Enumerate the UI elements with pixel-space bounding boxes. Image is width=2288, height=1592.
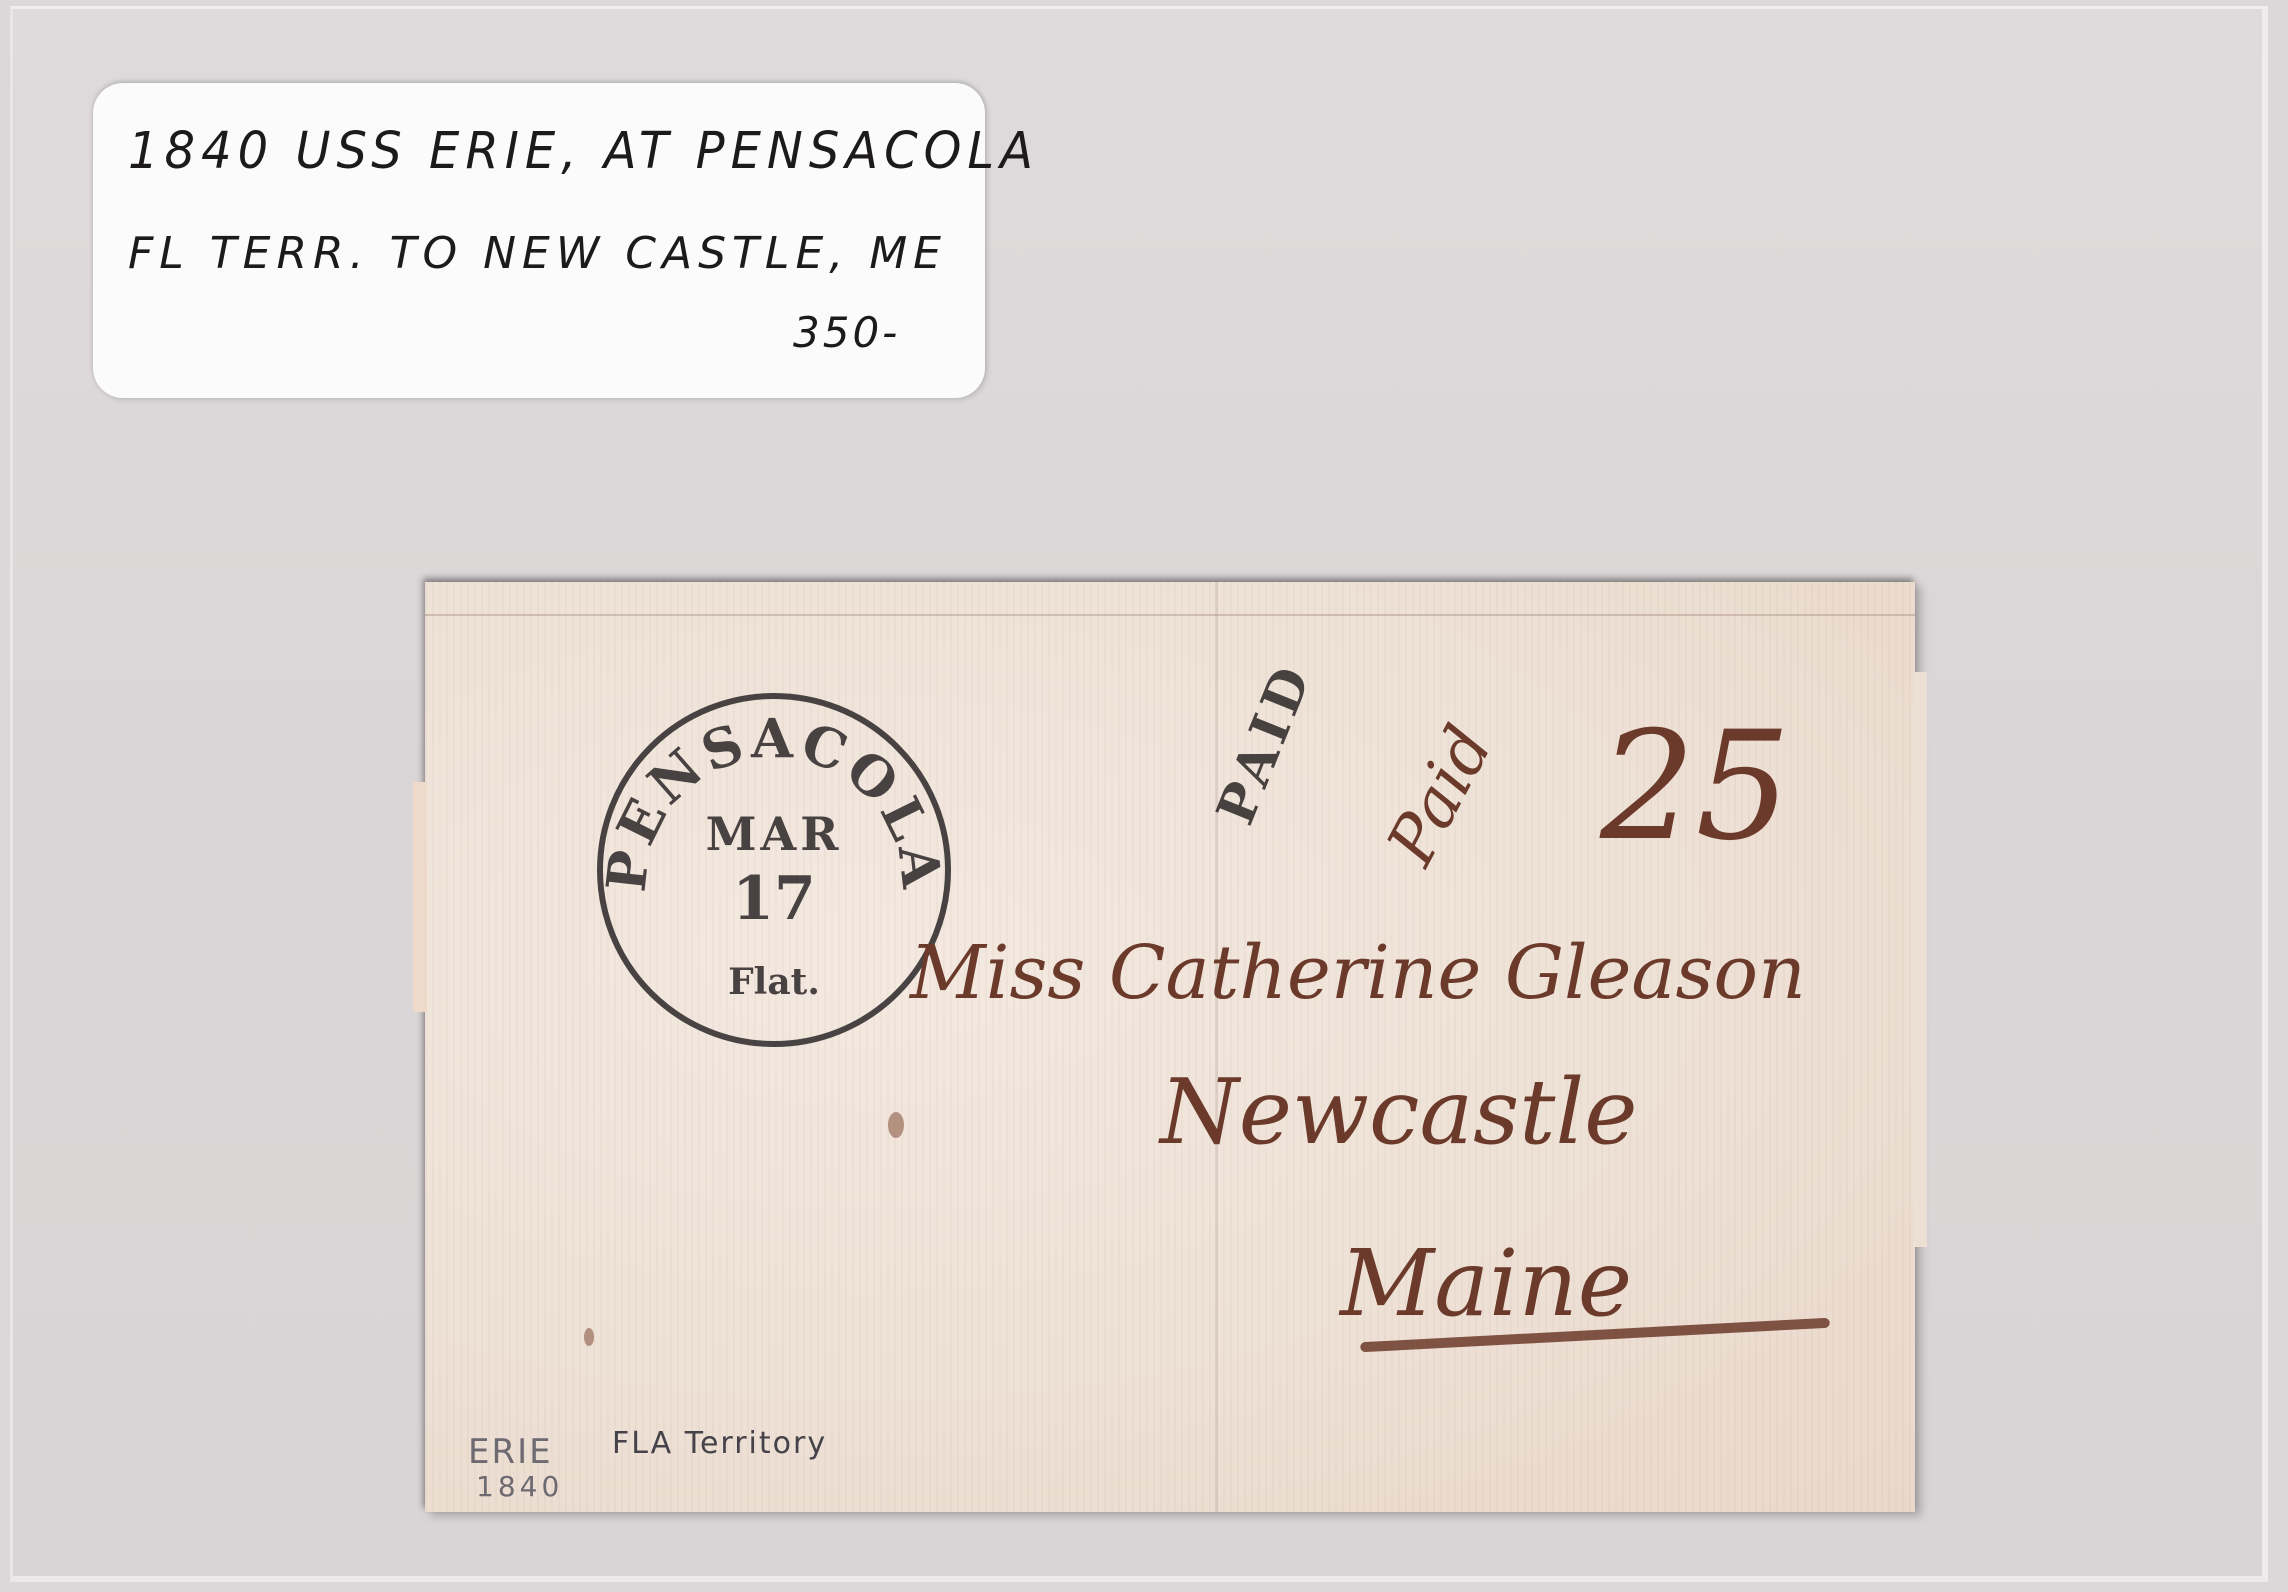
pensacola-postmark: PENSACOLA MAR 17 Flat. bbox=[597, 693, 951, 1047]
postmark-day: 17 bbox=[603, 864, 945, 934]
pencil-note-ship: ERIE bbox=[468, 1432, 553, 1472]
flap-left bbox=[413, 782, 427, 1012]
ink-spot bbox=[584, 1328, 594, 1346]
pencil-note-territory: FLA Territory bbox=[612, 1426, 827, 1461]
address-state: Maine bbox=[1340, 1230, 1632, 1337]
flap-right bbox=[1913, 672, 1927, 1247]
fold-line-top bbox=[425, 614, 1915, 616]
manuscript-rate-amount: 25 bbox=[1600, 700, 1791, 874]
ink-spot bbox=[888, 1112, 904, 1138]
card-line-2: FL TERR. TO NEW CASTLE, ME bbox=[128, 228, 947, 279]
postmark-month: MAR bbox=[603, 807, 945, 861]
description-card: 1840 USS ERIE, AT PENSACOLA FL TERR. TO … bbox=[93, 83, 985, 398]
address-name: Miss Catherine Gleason bbox=[910, 930, 1806, 1016]
card-line-1: 1840 USS ERIE, AT PENSACOLA bbox=[128, 122, 1039, 181]
pencil-note-year: 1840 bbox=[476, 1470, 563, 1503]
postmark-state: Flat. bbox=[603, 961, 945, 1003]
card-price: 350- bbox=[793, 308, 900, 357]
address-town: Newcastle bbox=[1160, 1060, 1638, 1165]
fold-line-vertical bbox=[1215, 582, 1218, 1512]
